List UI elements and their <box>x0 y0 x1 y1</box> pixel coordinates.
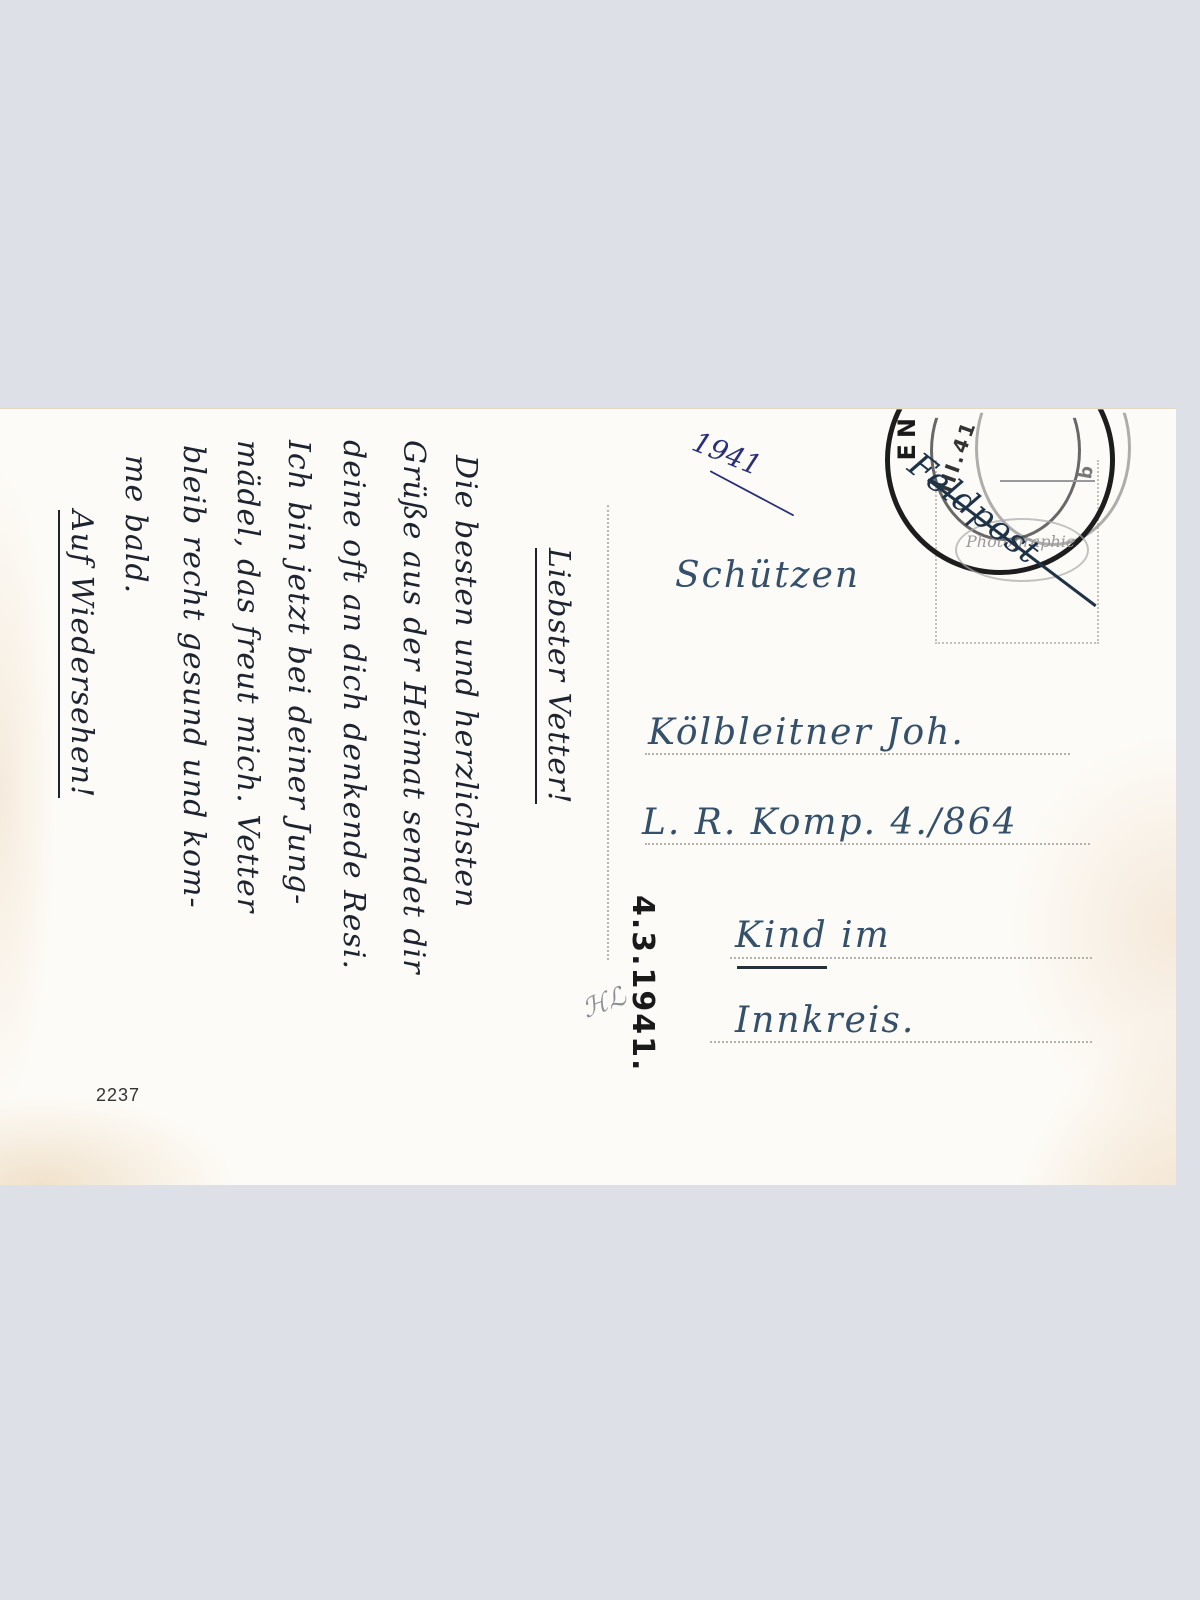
address-unit: L. R. Komp. 4./864 <box>642 802 1018 843</box>
address-line-4 <box>710 1041 1092 1043</box>
postmark-bar <box>1000 480 1095 482</box>
address-line3-underline <box>737 966 827 969</box>
letter-greeting: Liebster Vetter! <box>535 548 573 804</box>
letter-closing: Auf Wiedersehen! <box>58 510 96 798</box>
letter-line: Ich bin jetzt bei deiner Jung- <box>283 440 313 905</box>
letter-date: 4.3.1941. <box>625 895 660 1072</box>
address-line3-text: Kind im <box>735 915 891 956</box>
postmark-letters: EN <box>893 412 921 460</box>
letter-line: deine oft an dich denkende Resi. <box>338 440 368 970</box>
letter-line: Grüße aus der Heimat sendet dir <box>398 440 428 975</box>
letter-line: bleib recht gesund und kom- <box>178 445 208 909</box>
card-divider <box>607 505 609 960</box>
letter-line: Die besten und herzlichsten <box>450 455 480 908</box>
address-line-2 <box>645 843 1090 845</box>
address-name: Kölbleitner Joh. <box>648 712 965 753</box>
letter-line: mädel, das freut mich. Vetter <box>232 440 262 913</box>
address-rank: Schützen <box>675 555 860 596</box>
address-line4-text: Innkreis. <box>735 1000 915 1041</box>
address-line-3 <box>730 957 1092 959</box>
card-number: 2237 <box>96 1085 140 1106</box>
address-line-1 <box>645 753 1070 755</box>
letter-line: me bald. <box>120 455 150 594</box>
